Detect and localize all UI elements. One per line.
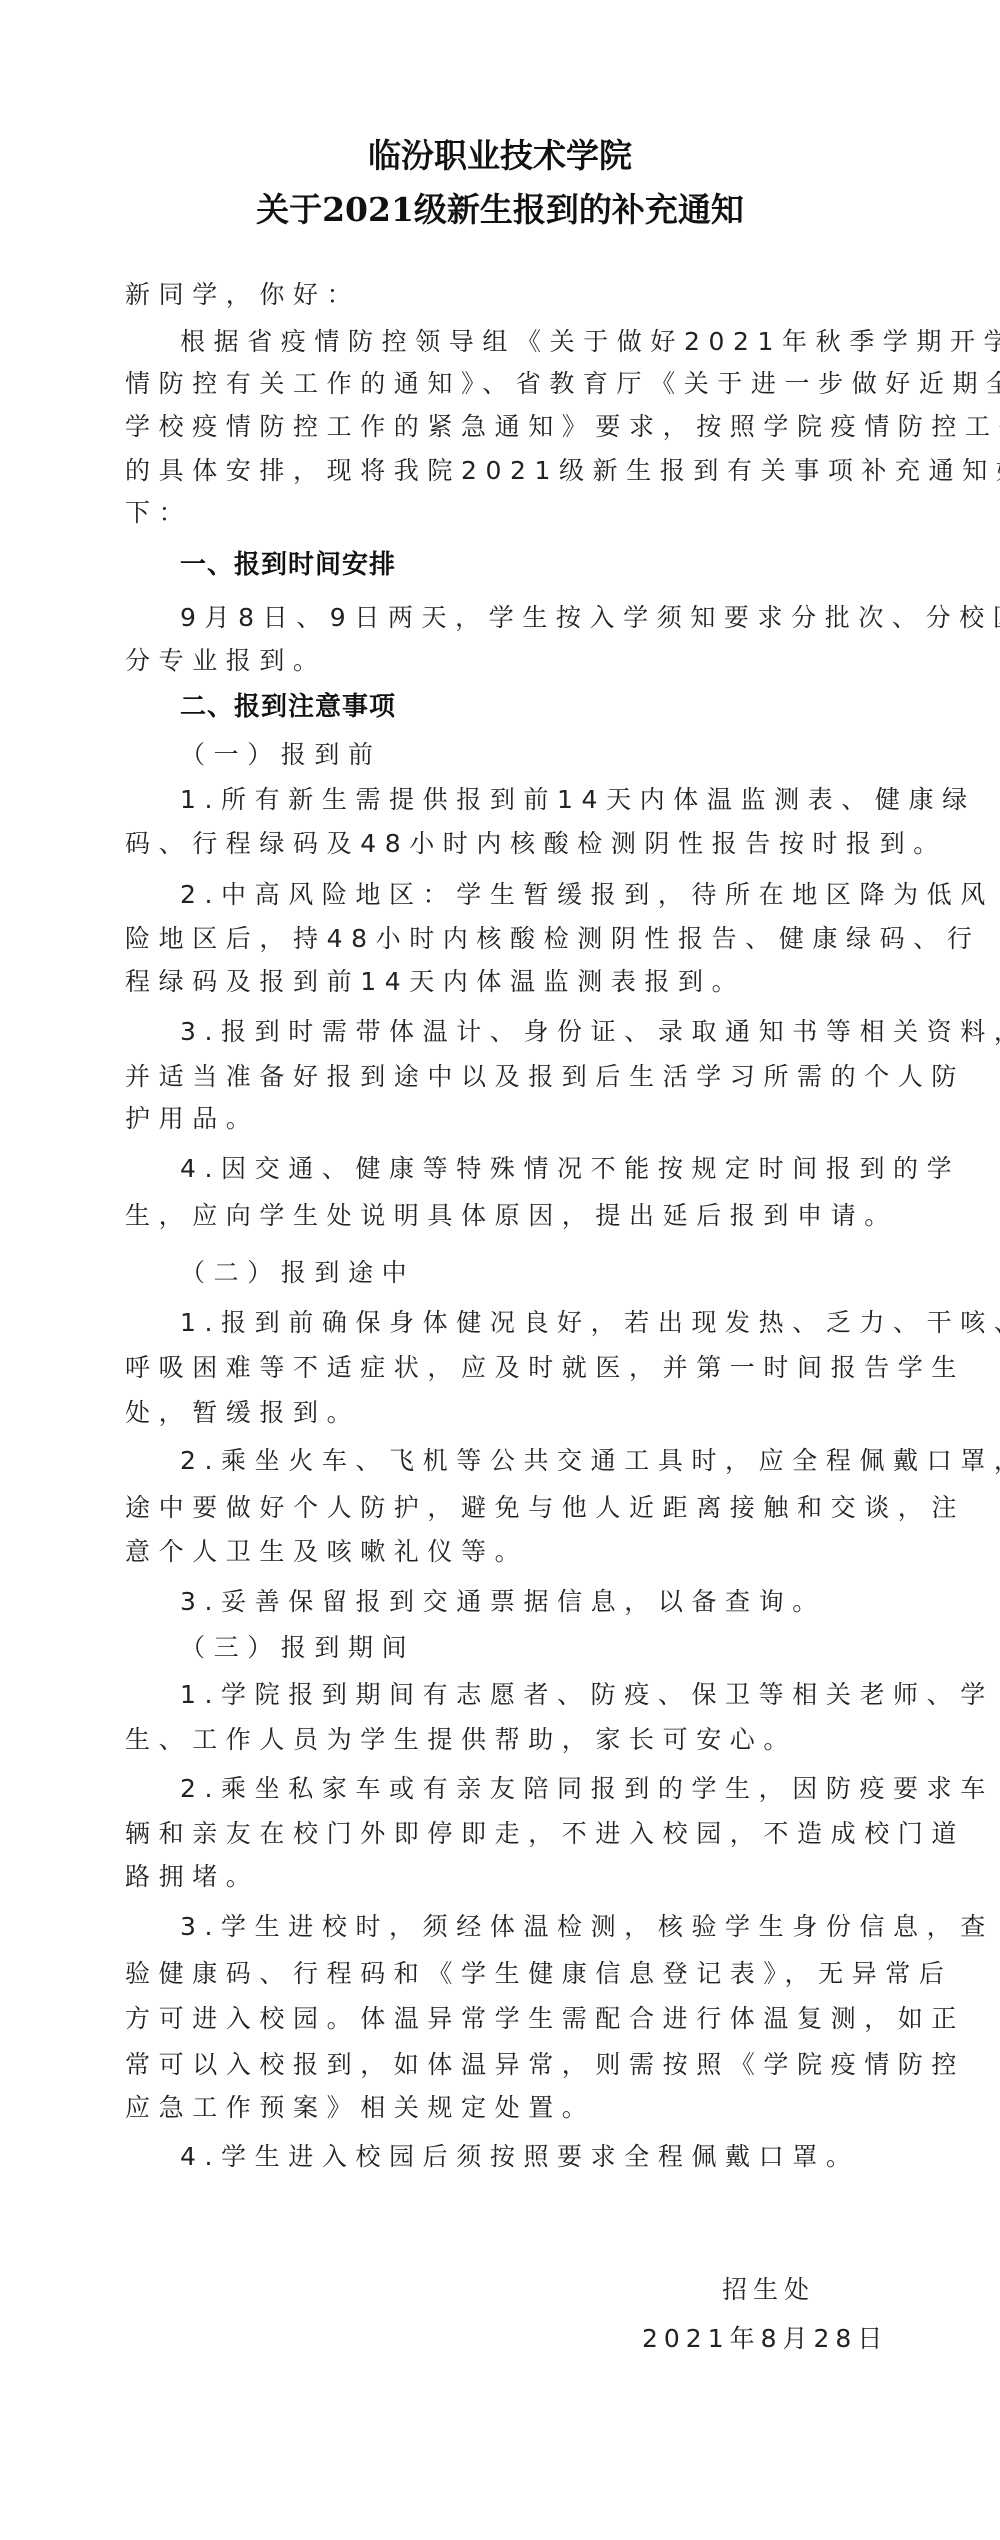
item-line: 1.所有新生需提供报到前14天内体温监测表、健康绿	[180, 782, 885, 818]
notice-document: 临汾职业技术学院 关于2021级新生报到的补充通知 新同学，你好： 根据省疫情防…	[0, 0, 1000, 2540]
schedule-line: 9月8日、9日两天，学生按入学须知要求分批次、分校区、	[180, 600, 885, 636]
section-heading-schedule: 一、报到时间安排	[180, 547, 396, 583]
item-line: 并适当准备好报到途中以及报到后生活学习所需的个人防	[125, 1059, 885, 1095]
item-line: 护用品。	[125, 1101, 885, 1137]
intro-line: 下：	[125, 495, 885, 531]
document-title-institution: 临汾职业技术学院	[0, 136, 1000, 176]
subsection-heading-before: （一）报到前	[180, 737, 940, 773]
item-line: 常可以入校报到，如体温异常，则需按照《学院疫情防控	[125, 2047, 885, 2083]
item-line: 2.乘坐火车、飞机等公共交通工具时，应全程佩戴口罩，	[180, 1443, 885, 1479]
intro-line: 情防控有关工作的通知》、省教育厅《关于进一步做好近期全省	[125, 366, 885, 402]
item-line: 4.因交通、健康等特殊情况不能按规定时间报到的学	[180, 1151, 885, 1187]
item-line: 2.乘坐私家车或有亲友陪同报到的学生，因防疫要求车	[180, 1771, 885, 1807]
item-line: 1.学院报到期间有志愿者、防疫、保卫等相关老师、学	[180, 1677, 885, 1713]
subsection-heading-during: （三）报到期间	[180, 1630, 940, 1666]
greeting: 新同学，你好：	[125, 277, 885, 313]
item-line: 辆和亲友在校门外即停即走，不进入校园，不造成校门道	[125, 1816, 885, 1852]
item-line: 3.报到时需带体温计、身份证、录取通知书等相关资料，	[180, 1014, 885, 1050]
intro-line: 根据省疫情防控领导组《关于做好2021年秋季学期开学及疫	[180, 324, 885, 360]
item-line: 应急工作预案》相关规定处置。	[125, 2090, 885, 2126]
item-line: 生、工作人员为学生提供帮助，家长可安心。	[125, 1722, 885, 1758]
item-line: 方可进入校园。体温异常学生需配合进行体温复测，如正	[125, 2001, 885, 2037]
item-line: 处，暂缓报到。	[125, 1395, 885, 1431]
issue-date: 2021年8月28日	[642, 2321, 888, 2357]
item-line: 1.报到前确保身体健况良好，若出现发热、乏力、干咳、	[180, 1305, 885, 1341]
intro-line: 的具体安排，现将我院2021级新生报到有关事项补充通知如	[125, 453, 885, 489]
item-line: 意个人卫生及咳嗽礼仪等。	[125, 1534, 885, 1570]
item-line: 4.学生进入校园后须按照要求全程佩戴口罩。	[180, 2139, 885, 2175]
schedule-line: 分专业报到。	[125, 643, 885, 679]
subsection-heading-en-route: （二）报到途中	[180, 1255, 940, 1291]
intro-line: 学校疫情防控工作的紧急通知》要求，按照学院疫情防控工作	[125, 409, 885, 445]
item-line: 程绿码及报到前14天内体温监测表报到。	[125, 964, 885, 1000]
item-line: 验健康码、行程码和《学生健康信息登记表》，无异常后	[125, 1956, 885, 1992]
item-line: 码、行程绿码及48小时内核酸检测阴性报告按时报到。	[125, 826, 885, 862]
document-title-subject: 关于2021级新生报到的补充通知	[0, 190, 1000, 230]
item-line: 呼吸困难等不适症状，应及时就医，并第一时间报告学生	[125, 1350, 885, 1386]
item-line: 生，应向学生处说明具体原因，提出延后报到申请。	[125, 1198, 885, 1234]
item-line: 3.妥善保留报到交通票据信息，以备查询。	[180, 1584, 885, 1620]
item-line: 路拥堵。	[125, 1859, 885, 1895]
item-line: 2.中高风险地区：学生暂缓报到，待所在地区降为低风	[180, 877, 885, 913]
item-line: 3.学生进校时，须经体温检测，核验学生身份信息，查	[180, 1909, 885, 1945]
item-line: 险地区后，持48小时内核酸检测阴性报告、健康绿码、行	[125, 921, 885, 957]
section-heading-notes: 二、报到注意事项	[180, 689, 396, 725]
issuer-signature: 招生处	[722, 2272, 815, 2308]
item-line: 途中要做好个人防护，避免与他人近距离接触和交谈，注	[125, 1490, 885, 1526]
